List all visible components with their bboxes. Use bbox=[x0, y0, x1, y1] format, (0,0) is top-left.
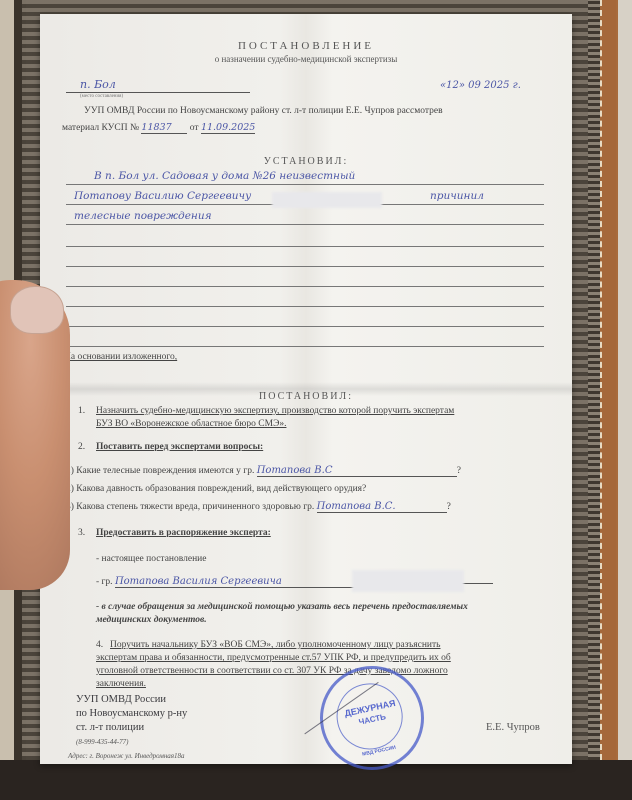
document-title: ПОСТАНОВЛЕНИЕ bbox=[40, 40, 572, 52]
item4-line4: заключения. bbox=[96, 679, 146, 689]
item3-bullet-1: - настоящее постановление bbox=[96, 554, 206, 564]
dark-surface bbox=[0, 760, 632, 800]
line-rule bbox=[66, 184, 544, 185]
signatory-name: Е.Е. Чупров bbox=[486, 722, 540, 733]
question-1-fill: Потапова В.С bbox=[257, 465, 457, 477]
thumbnail bbox=[10, 286, 64, 334]
place-hint: (место составления) bbox=[80, 94, 123, 99]
document-subtitle: о назначении судебно-медицинской эксперт… bbox=[40, 54, 572, 64]
question-3-text: Какова степень тяжести вреда, причиненно… bbox=[76, 502, 314, 512]
footer-org-line-3: ст. л-т полиции bbox=[76, 722, 144, 733]
item3-note-line-1: - в случае обращения за медицинской помо… bbox=[96, 602, 468, 612]
redacted-block bbox=[272, 192, 382, 208]
established-text-line-1: В п. Бол ул. Садовая у дома №26 неизвест… bbox=[94, 170, 355, 182]
item3-note-line-2: медицинских документов. bbox=[96, 615, 207, 625]
line-rule bbox=[66, 246, 544, 247]
redacted-block bbox=[352, 570, 464, 592]
footer-phone: (8-999-435-44-77) bbox=[76, 738, 129, 746]
question-3-end: ? bbox=[447, 502, 451, 512]
item2-number: 2. bbox=[78, 442, 85, 452]
item1-line2: БУЗ ВО «Воронежское областное бюро СМЭ». bbox=[96, 419, 286, 429]
item1-line1: Назначить судебно-медицинскую экспертизу… bbox=[96, 406, 454, 416]
item3-number: 3. bbox=[78, 528, 85, 538]
line-rule bbox=[66, 326, 544, 327]
basis-text: На основании изложенного, bbox=[64, 352, 177, 362]
established-text-line-3: телесные повреждения bbox=[74, 210, 212, 222]
question-3-fill: Потапова В.С. bbox=[317, 501, 447, 513]
intro-line-1: УУП ОМВД России по Новоусманскому району… bbox=[84, 106, 443, 116]
item2-heading: Поставить перед экспертами вопросы: bbox=[96, 442, 263, 452]
item4-number: 4. bbox=[96, 640, 103, 650]
established-heading: УСТАНОВИЛ: bbox=[40, 156, 572, 167]
question-1-end: ? bbox=[457, 466, 461, 476]
item3-bullet-2-prefix: - гр. bbox=[96, 577, 113, 587]
footer-org-line-1: УУП ОМВД России bbox=[76, 694, 166, 705]
line-rule bbox=[66, 224, 544, 225]
leather-strip bbox=[600, 0, 616, 760]
footer-org-line-2: по Новоусманскому р-ну bbox=[76, 708, 187, 719]
item3-heading: Предоставить в распоряжение эксперта: bbox=[96, 528, 271, 538]
kusp-date: 11.09.2025 bbox=[201, 122, 255, 134]
question-1-text: Какие телесные повреждения имеются у гр. bbox=[76, 466, 254, 476]
kusp-number: 11837 bbox=[141, 122, 187, 134]
question-1: 1) Какие телесные повреждения имеются у … bbox=[66, 465, 461, 477]
item3-bullet-2-fill: Потапова Василия Сергеевича bbox=[115, 576, 365, 588]
item1-number: 1. bbox=[78, 406, 85, 416]
established-text-line-2-suffix: причинил bbox=[430, 190, 484, 202]
line-rule bbox=[66, 266, 544, 267]
footer-address: Адрес: г. Воронеж ул. Инведромная18а bbox=[68, 752, 185, 760]
line-rule bbox=[66, 306, 544, 307]
intro-line-2: материал КУСП № 11837 от 11.09.2025 bbox=[62, 122, 255, 134]
kusp-label: материал КУСП № bbox=[62, 123, 139, 133]
question-2-text: Какова давность образования повреждений,… bbox=[76, 484, 366, 494]
document-page: ПОСТАНОВЛЕНИЕ о назначении судебно-медиц… bbox=[40, 14, 572, 764]
established-text-line-2: Потапову Василию Сергеевичу bbox=[74, 190, 251, 202]
question-3: 3) Какова степень тяжести вреда, причине… bbox=[66, 501, 451, 513]
date-field: «12» 09 2025 г. bbox=[440, 80, 521, 91]
item4-line2: экспертам права и обязанности, предусмот… bbox=[96, 653, 451, 663]
question-2: 2) Какова давность образования поврежден… bbox=[66, 484, 366, 494]
line-rule bbox=[66, 346, 544, 347]
item4-line1: Поручить начальнику БУЗ «ВОБ СМЭ», либо … bbox=[110, 640, 441, 650]
kusp-from-label: от bbox=[190, 123, 199, 133]
line-rule bbox=[66, 286, 544, 287]
resolved-heading: ПОСТАНОВИЛ: bbox=[40, 391, 572, 402]
place-field: п. Бол bbox=[66, 78, 250, 93]
